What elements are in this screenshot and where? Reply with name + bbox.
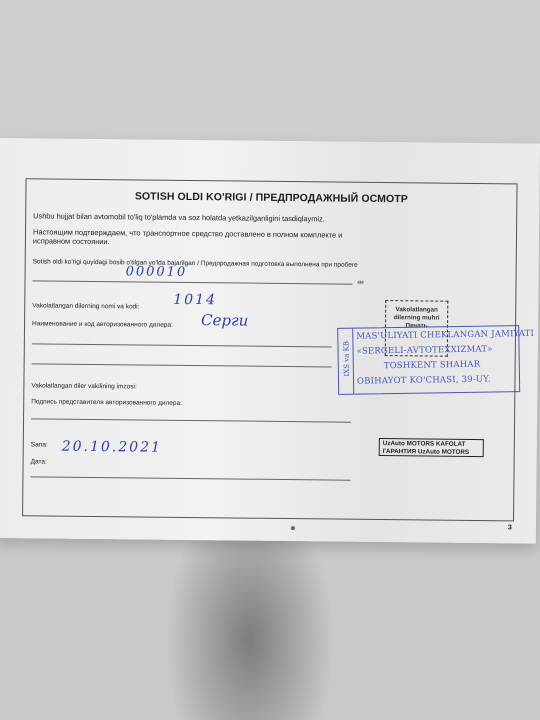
stamp-line3: TOSHKENT SHAHAR — [384, 360, 481, 372]
intro-ru-line2: исправном состоянии. — [33, 236, 110, 246]
guarantee-label-box: UzAuto MOTORS KAFOLAT ГАРАНТИЯ UzAuto MO… — [379, 438, 484, 457]
date-line — [30, 476, 350, 480]
intro-uz: Ushbu hujjat bilan avtomobil to'liq to'p… — [33, 211, 325, 223]
dealer-line-1 — [32, 343, 332, 347]
signature-label-ru: Подпись представителя авторизованного ди… — [31, 397, 182, 408]
guarantee-line2: ГАРАНТИЯ UzAuto MOTORS — [383, 448, 480, 457]
signature-line[interactable] — [31, 418, 351, 422]
dealer-line-2 — [32, 363, 332, 367]
stamp-line2: «SERGELI-AVTOTEXXIZMAT» — [356, 344, 492, 356]
dealer-name-value[interactable]: Серги — [201, 311, 248, 329]
stamp-line1: MAS'ULIYATI CHEKLANGAN JAMIYATI — [356, 329, 534, 342]
mileage-label: Sotish oldi ko'rigi quyidagi bosib o'til… — [33, 257, 358, 269]
mileage-value[interactable]: 000010 — [126, 264, 188, 280]
mileage-line — [33, 280, 353, 284]
dealer-code-value[interactable]: 1014 — [173, 292, 217, 308]
signature-label-uz: Vakolatlangan diler vakilining imzosi: — [31, 381, 136, 391]
form-title: SOTISH OLDI KO'RIGI / ПРЕДПРОДАЖНЫЙ ОСМО… — [26, 189, 516, 206]
page-number: 3 — [508, 524, 512, 531]
mileage-unit: км — [357, 280, 363, 286]
paper-speck — [291, 526, 295, 530]
date-label-ru: Дата: — [31, 457, 47, 466]
document-page: SOTISH OLDI KO'RIGI / ПРЕДПРОДАЖНЫЙ ОСМО… — [0, 138, 540, 544]
dealer-name-label-ru: Наименование и код авторизованного дилер… — [32, 319, 173, 329]
dealer-stamp: IXS va KB MAS'ULIYATI CHEKLANGAN JAMIYAT… — [337, 325, 520, 395]
date-label-uz: Sana: — [31, 440, 48, 449]
date-value[interactable]: 20.10.2021 — [62, 439, 162, 456]
stamp-side-panel: IXS va KB — [338, 329, 354, 394]
stamp-side-text: IXS va KB — [342, 329, 351, 389]
dealer-name-label-uz: Vakolatlangan dilerning nomi va kodi: — [32, 301, 139, 311]
stamp-line4: OBIHAYOT KO'CHASI, 39-UY. — [357, 375, 491, 387]
form-frame: SOTISH OLDI KO'RIGI / ПРЕДПРОДАЖНЫЙ ОСМО… — [22, 178, 518, 521]
